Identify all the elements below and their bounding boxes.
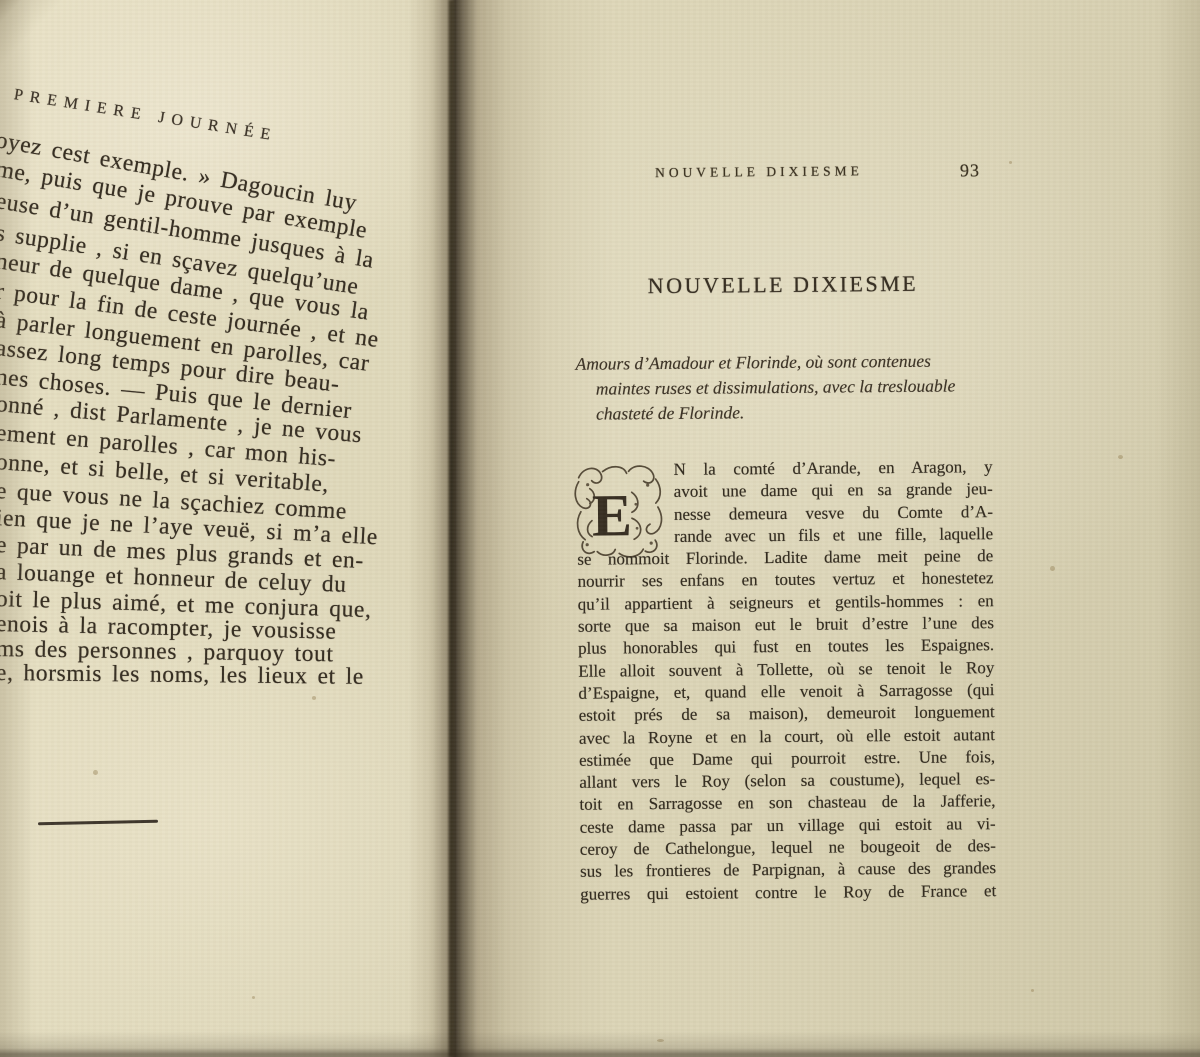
summary-line: maintes ruses et dissimulations, avec la… [576, 373, 996, 402]
chapter-title: NOUVELLE DIXIESME [575, 270, 991, 300]
chapter-summary: Amours d’Amadour et Florinde, où sont co… [576, 348, 997, 427]
book-photo: PREMIERE JOURNÉE oyez cest exemple. » Da… [0, 0, 1200, 1057]
body-line: guerres qui estoient contre le Roy de Fr… [580, 880, 996, 906]
body-line: plus honorables qui fust en toutes les E… [578, 635, 994, 661]
body-line: nourrir ses enfans en toutes vertuz et h… [577, 568, 993, 594]
body-line: sus les frontieres de Parpignan, à cause… [580, 857, 996, 883]
right-page-running-header: NOUVELLE DIXIESME [574, 162, 990, 182]
page-number: 93 [960, 160, 980, 181]
chapter-body: N la comté d’Arande, en Aragon, y avoit … [576, 456, 996, 906]
summary-line: chasteté de Florinde. [576, 398, 996, 427]
body-line: toit en Sarragosse en son chasteau de la… [579, 791, 995, 817]
right-page-header-row: NOUVELLE DIXIESME 93 [574, 162, 990, 190]
body-line: estoit prés de sa maison), demeuroit lon… [579, 701, 995, 727]
body-line: avoit une dame qui en sa grande jeu- [577, 478, 993, 504]
summary-line: Amours d’Amadour et Florinde, où sont co… [576, 348, 996, 377]
right-page: NOUVELLE DIXIESME 93 NOUVELLE DIXIESME A… [0, 0, 1200, 1057]
